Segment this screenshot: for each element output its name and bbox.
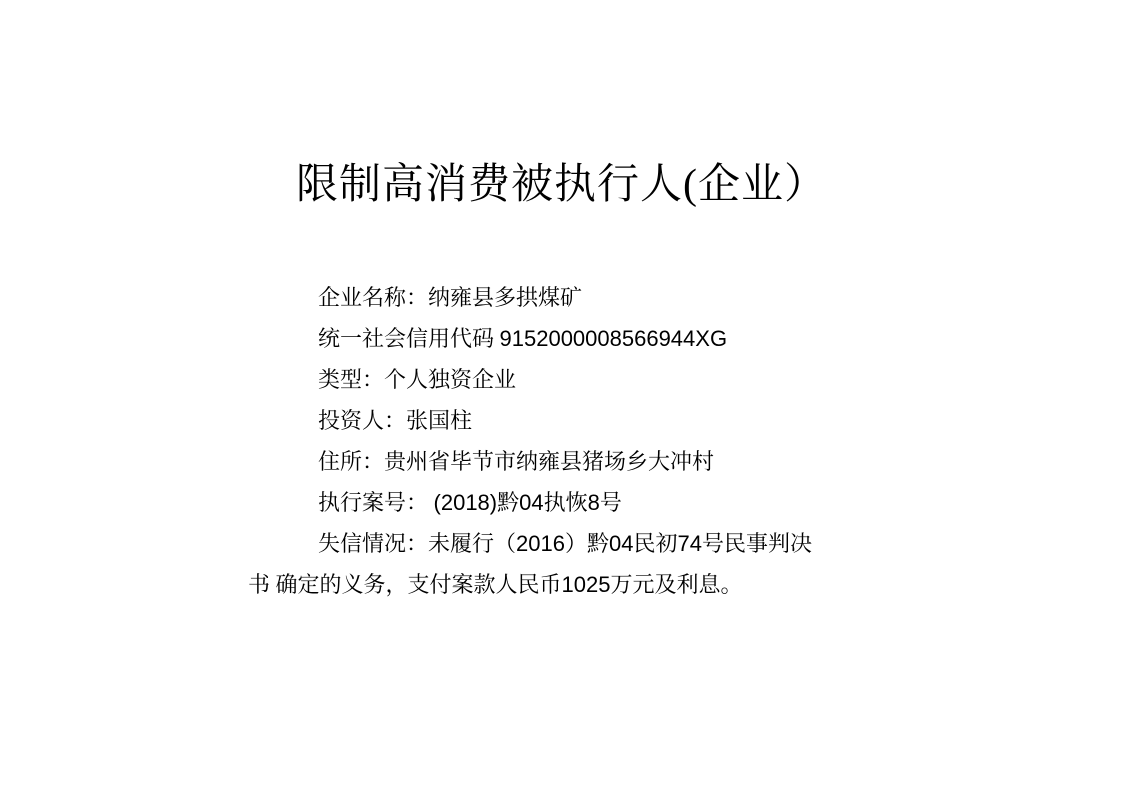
line-enterprise-type: 类型：个人独资企业 — [248, 359, 948, 400]
document-title: 限制高消费被执行人(企业） — [0, 158, 1123, 212]
line-investor: 投资人：张国柱 — [248, 400, 948, 441]
line-breach-info-1: 失信情况：未履行（2016）黔04民初74号民事判决 — [248, 523, 948, 564]
line-enterprise-name: 企业名称：纳雍县多拱煤矿 — [248, 277, 948, 318]
line-case-number: 执行案号： (2018)黔04执恢8号 — [248, 482, 948, 523]
document-body: 企业名称：纳雍县多拱煤矿 统一社会信用代码 9152000008566944XG… — [248, 277, 948, 605]
document-page: 限制高消费被执行人(企业） 企业名称：纳雍县多拱煤矿 统一社会信用代码 9152… — [0, 0, 1123, 794]
line-address: 住所：贵州省毕节市纳雍县猪场乡大冲村 — [248, 441, 948, 482]
line-credit-code: 统一社会信用代码 9152000008566944XG — [248, 318, 948, 359]
line-breach-info-2: 书 确定的义务，支付案款人民币1025万元及利息。 — [248, 564, 948, 605]
